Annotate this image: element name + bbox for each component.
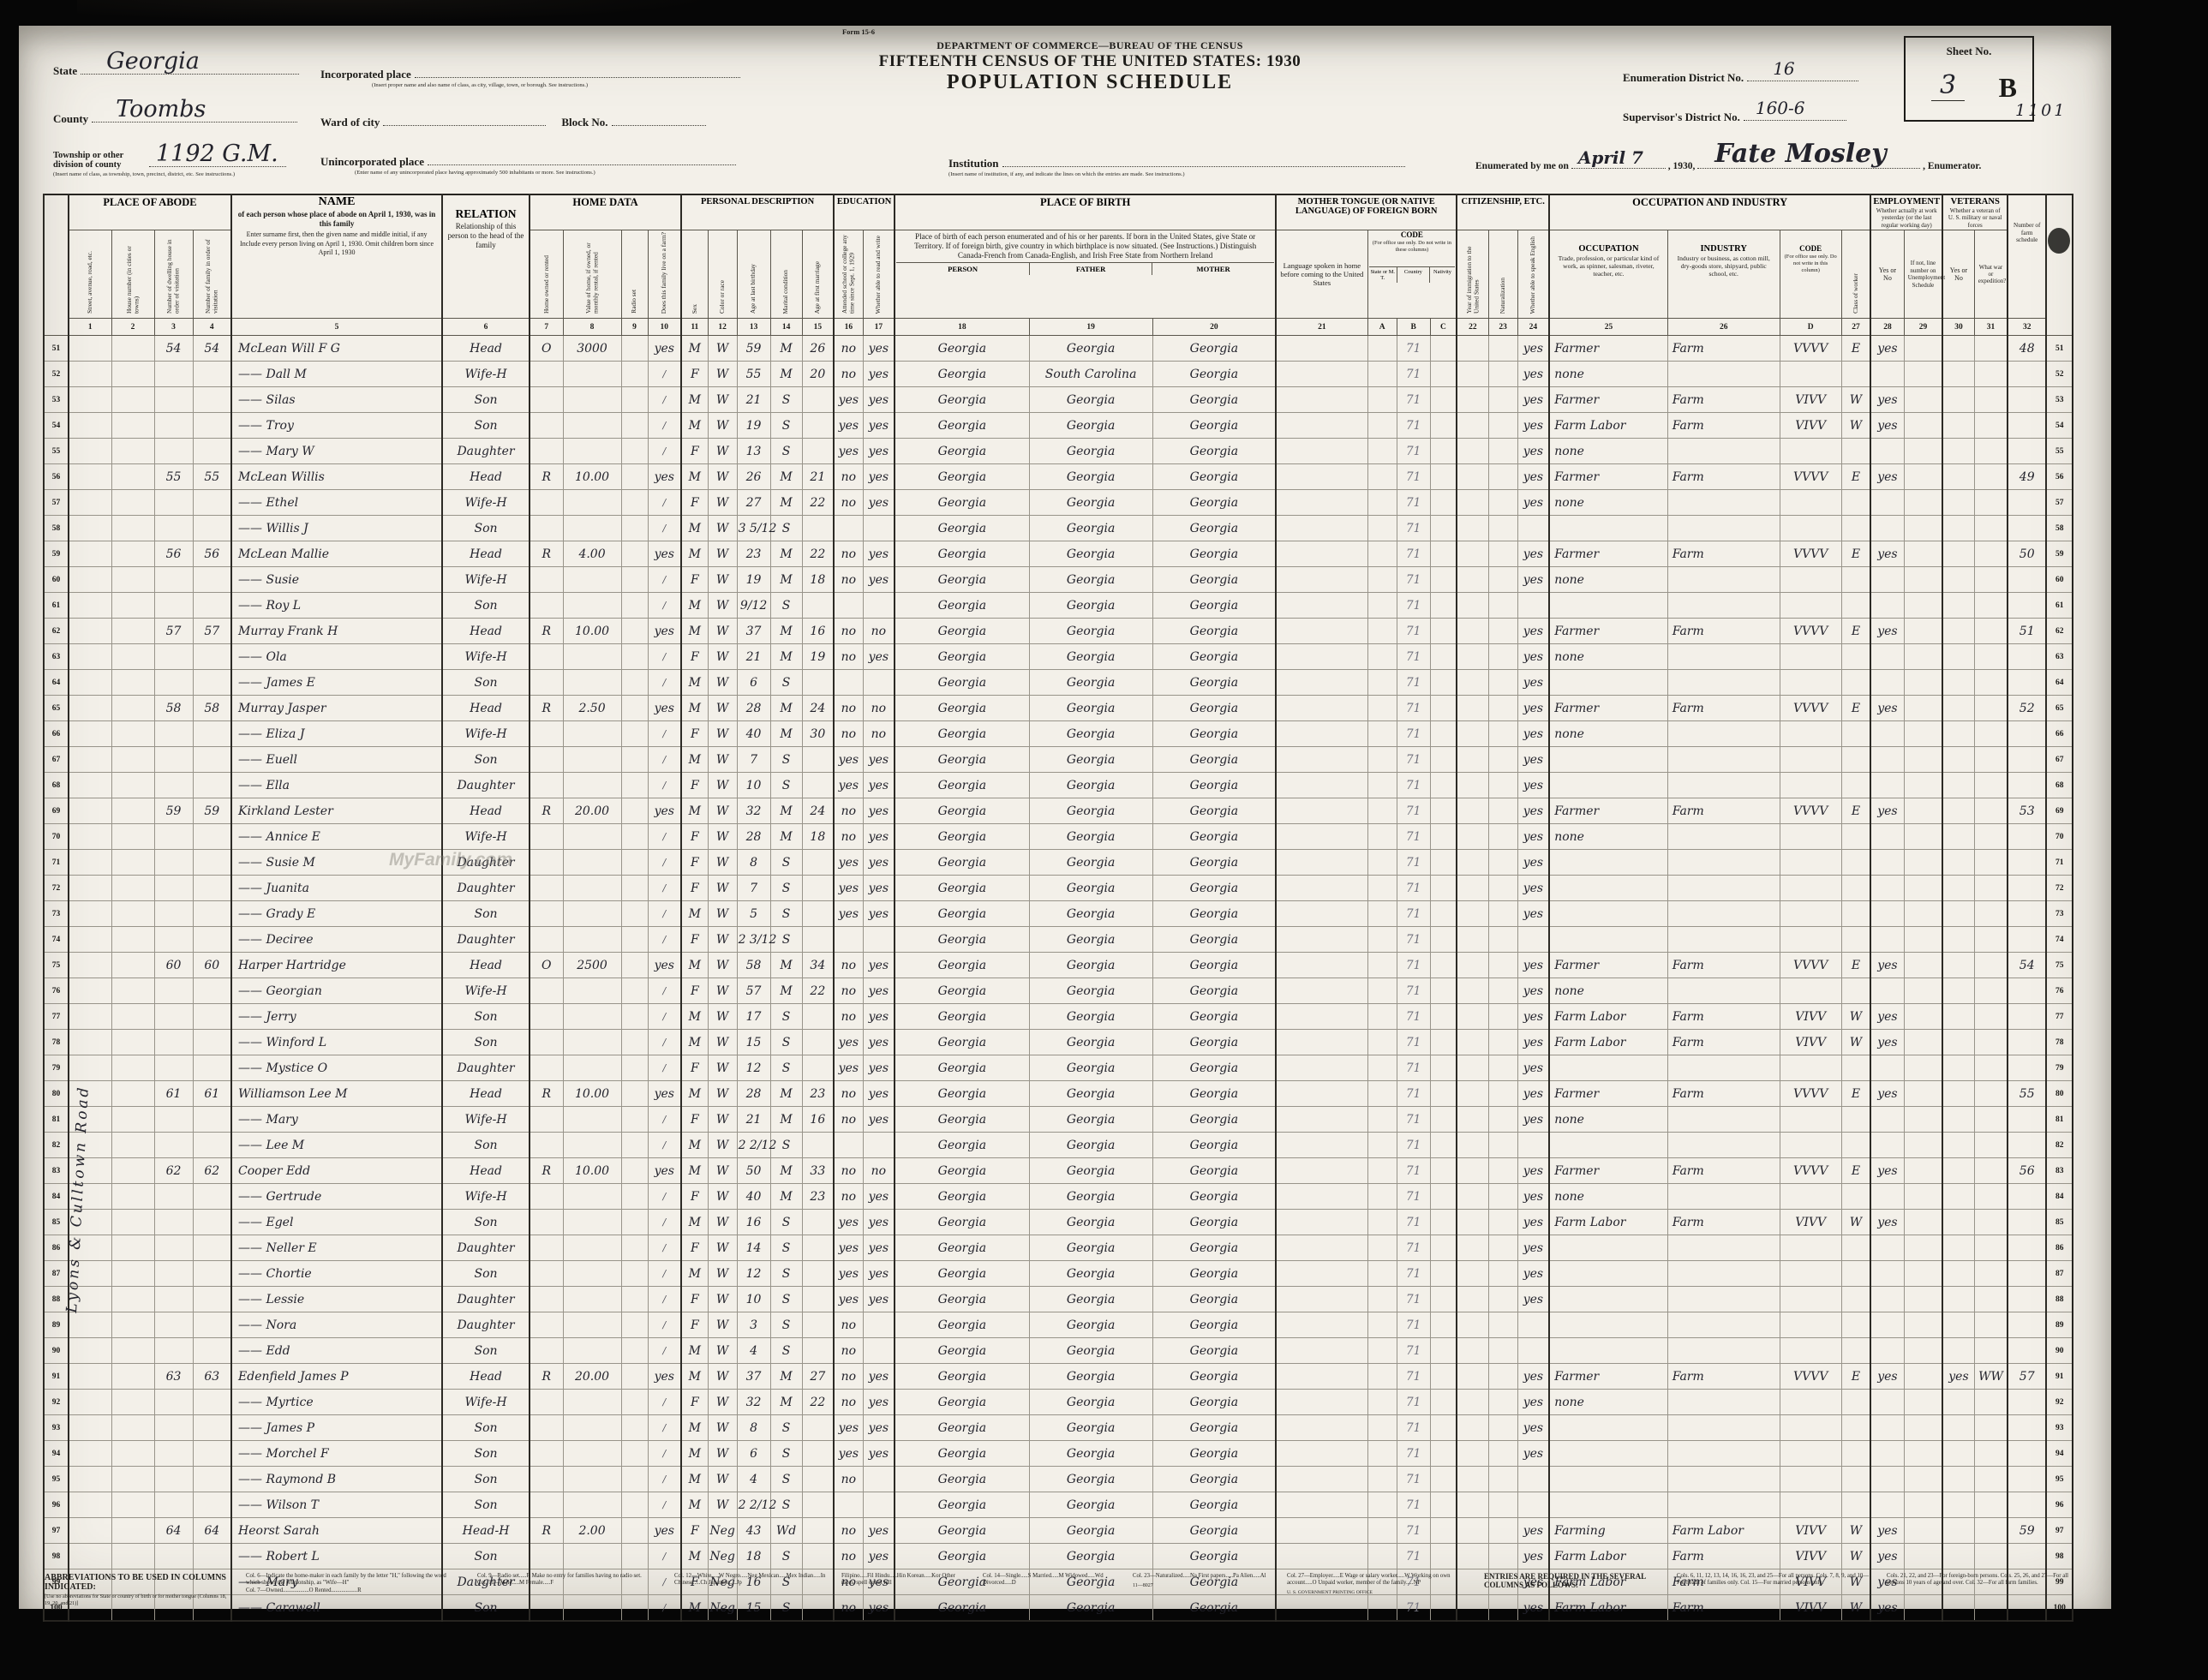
cell-pob-person: Georgia: [895, 773, 1029, 798]
cell-home-value: [563, 773, 621, 798]
cell-immigration-year: [1457, 876, 1488, 901]
cell-dwelling-number: [154, 1030, 193, 1055]
cell-pob-mother: Georgia: [1152, 541, 1276, 567]
cell-relation: Son: [442, 670, 530, 696]
cell-naturalization: [1488, 464, 1517, 490]
census-row: 86—— Neller EDaughter/FW14SyesyesGeorgia…: [44, 1235, 2073, 1261]
cell-name: —— Mystice O: [231, 1055, 442, 1081]
cell-code-c: [1430, 1261, 1457, 1287]
cell-read-write: yes: [863, 490, 895, 516]
cell-home-value: [563, 490, 621, 516]
cell-attended-school: no: [834, 824, 863, 850]
cell-unemployment-line: [1904, 1492, 1942, 1518]
cell-farm-residence: yes: [648, 336, 681, 362]
cell-at-work: [1870, 876, 1904, 901]
cell-occupation-code: [1780, 1261, 1841, 1287]
census-row: 98—— Robert LSon/MNeg18SnoyesGeorgiaGeor…: [44, 1544, 2073, 1569]
cell-color-race: W: [708, 824, 737, 850]
line-number-left: 72: [44, 876, 69, 901]
cell-family-number: [193, 850, 231, 876]
cell-family-number: [193, 490, 231, 516]
cell-pob-father: Georgia: [1029, 696, 1152, 721]
cell-color-race: W: [708, 901, 737, 927]
cell-dwelling-number: [154, 927, 193, 953]
cell-farm-schedule: [2008, 1415, 2046, 1441]
line-number-right: 75: [2046, 953, 2073, 978]
cell-occupation-code: [1780, 876, 1841, 901]
cell-color-race: W: [708, 978, 737, 1004]
cell-veteran: [1942, 619, 1974, 644]
cell-age: 58: [737, 953, 770, 978]
census-row: 79—— Mystice ODaughter/FW12SyesyesGeorgi…: [44, 1055, 2073, 1081]
cell-tenure: [530, 1133, 563, 1158]
cell-naturalization: [1488, 1004, 1517, 1030]
cell-name: —— Susie: [231, 567, 442, 593]
cell-radio: [621, 773, 648, 798]
cell-worker-class: E: [1841, 541, 1870, 567]
cell-code-a: [1367, 541, 1397, 567]
cell-at-work: yes: [1870, 696, 1904, 721]
cell-code-b: 71: [1397, 413, 1430, 439]
sheet-letter: B: [1999, 72, 2017, 104]
cell-tenure: [530, 1338, 563, 1364]
cell-radio: [621, 1338, 648, 1364]
line-number-right: 71: [2046, 850, 2073, 876]
title-block: DEPARTMENT OF COMMERCE—BUREAU OF THE CEN…: [756, 39, 1424, 94]
line-number-left: 53: [44, 387, 69, 413]
cell-radio: [621, 978, 648, 1004]
cell-code-b: 71: [1397, 721, 1430, 747]
line-number-left: 62: [44, 619, 69, 644]
cell-name: Williamson Lee M: [231, 1081, 442, 1107]
cell-tenure: [530, 1441, 563, 1467]
cell-industry: Farm: [1667, 413, 1780, 439]
cell-tenure: [530, 773, 563, 798]
cell-age-first-marriage: 26: [802, 336, 834, 362]
cell-veteran: [1942, 1004, 1974, 1030]
cell-worker-class: [1841, 927, 1870, 953]
cell-veteran: [1942, 541, 1974, 567]
cell-farm-schedule: 52: [2008, 696, 2046, 721]
cell-radio: [621, 490, 648, 516]
cell-name: —— Ola: [231, 644, 442, 670]
cell-pob-mother: Georgia: [1152, 387, 1276, 413]
cell-age-first-marriage: 19: [802, 644, 834, 670]
cell-home-value: 20.00: [563, 1364, 621, 1390]
cell-code-b: 71: [1397, 1441, 1430, 1467]
line-number-left: 74: [44, 927, 69, 953]
cell-read-write: yes: [863, 1004, 895, 1030]
line-number-left: 76: [44, 978, 69, 1004]
cell-naturalization: [1488, 1287, 1517, 1312]
cell-color-race: W: [708, 1158, 737, 1184]
cell-dwelling-number: 60: [154, 953, 193, 978]
cell-attended-school: no: [834, 1004, 863, 1030]
cell-relation: Head-H: [442, 1518, 530, 1544]
cell-war: [1974, 1390, 2008, 1415]
cell-pob-person: Georgia: [895, 464, 1029, 490]
cell-relation: Daughter: [442, 1055, 530, 1081]
column-number: 20: [1152, 319, 1276, 336]
col-mt-code-sub: CODE (For office use only. Do not write …: [1367, 230, 1457, 319]
cell-farm-residence: /: [648, 1261, 681, 1287]
cell-farm-schedule: [2008, 1338, 2046, 1364]
cell-immigration-year: [1457, 336, 1488, 362]
cell-sex: F: [681, 644, 708, 670]
cell-color-race: W: [708, 850, 737, 876]
cell-attended-school: no: [834, 1312, 863, 1338]
cell-tenure: R: [530, 619, 563, 644]
cell-code-c: [1430, 721, 1457, 747]
cell-war: [1974, 773, 2008, 798]
cell-speak-english: yes: [1517, 1107, 1549, 1133]
cell-attended-school: yes: [834, 439, 863, 464]
cell-speak-english: yes: [1517, 541, 1549, 567]
cell-color-race: W: [708, 619, 737, 644]
block-label: Block No.: [561, 116, 607, 129]
cell-dwelling-number: 55: [154, 464, 193, 490]
col-occupation: OCCUPATION Trade, profession, or particu…: [1549, 230, 1667, 319]
col-unemployment-line: If not, line number on Unemployment Sche…: [1904, 230, 1942, 319]
cell-worker-class: [1841, 516, 1870, 541]
cell-code-c: [1430, 1492, 1457, 1518]
cell-occupation-code: VIVV: [1780, 413, 1841, 439]
cell-home-value: [563, 1287, 621, 1312]
cell-read-write: yes: [863, 1441, 895, 1467]
cell-immigration-year: [1457, 1055, 1488, 1081]
cell-industry: [1667, 1390, 1780, 1415]
cell-speak-english: yes: [1517, 644, 1549, 670]
cell-veteran: [1942, 567, 1974, 593]
cell-age-first-marriage: [802, 901, 834, 927]
cell-tenure: [530, 1184, 563, 1210]
cell-age: 21: [737, 644, 770, 670]
cell-naturalization: [1488, 619, 1517, 644]
cell-radio: [621, 747, 648, 773]
footer-col12b: Filipino.....Fil Hindu.....Hin Korean...…: [841, 1573, 970, 1587]
cell-veteran: [1942, 721, 1974, 747]
cell-unemployment-line: [1904, 798, 1942, 824]
cell-code-c: [1430, 644, 1457, 670]
cell-age: 28: [737, 696, 770, 721]
cell-pob-father: Georgia: [1029, 1364, 1152, 1390]
cell-family-number: 62: [193, 1158, 231, 1184]
cell-naturalization: [1488, 696, 1517, 721]
cell-pob-mother: Georgia: [1152, 773, 1276, 798]
cell-tenure: R: [530, 1518, 563, 1544]
cell-name: —— Deciree: [231, 927, 442, 953]
cell-tenure: R: [530, 1158, 563, 1184]
cell-pob-father: Georgia: [1029, 670, 1152, 696]
cell-at-work: [1870, 362, 1904, 387]
cell-naturalization: [1488, 1210, 1517, 1235]
line-number-left: 98: [44, 1544, 69, 1569]
census-row: 66—— Eliza JWife-H/FW40M30nonoGeorgiaGeo…: [44, 721, 2073, 747]
cell-farm-schedule: [2008, 1261, 2046, 1287]
cell-pob-mother: Georgia: [1152, 644, 1276, 670]
cell-immigration-year: [1457, 413, 1488, 439]
cell-read-write: yes: [863, 798, 895, 824]
cell-street: [69, 593, 111, 619]
cell-naturalization: [1488, 1030, 1517, 1055]
cell-home-value: [563, 1210, 621, 1235]
cell-worker-class: [1841, 876, 1870, 901]
col-code-nativity: Nativity: [1429, 267, 1455, 283]
cell-home-value: [563, 1492, 621, 1518]
cell-at-work: [1870, 1133, 1904, 1158]
cell-pob-father: Georgia: [1029, 721, 1152, 747]
col-family-number: Number of family in order of visitation: [193, 230, 231, 319]
cell-occupation-code: [1780, 747, 1841, 773]
column-number: 26: [1667, 319, 1780, 336]
cell-speak-english: yes: [1517, 1518, 1549, 1544]
line-number-right: 64: [2046, 670, 2073, 696]
cell-unemployment-line: [1904, 1158, 1942, 1184]
cell-code-a: [1367, 927, 1397, 953]
cell-radio: [621, 1364, 648, 1390]
cell-language: [1276, 541, 1367, 567]
cell-house-number: [111, 362, 154, 387]
cell-speak-english: yes: [1517, 901, 1549, 927]
cell-pob-person: Georgia: [895, 1338, 1029, 1364]
cell-pob-mother: Georgia: [1152, 953, 1276, 978]
cell-house-number: [111, 1544, 154, 1569]
cell-street: [69, 362, 111, 387]
cell-speak-english: yes: [1517, 1287, 1549, 1312]
cell-read-write: yes: [863, 336, 895, 362]
cell-relation: Head: [442, 1158, 530, 1184]
cell-street: [69, 1030, 111, 1055]
cell-attended-school: no: [834, 1107, 863, 1133]
incorporated-place-note: (Insert proper name and also name of cla…: [372, 82, 740, 89]
cell-age-first-marriage: [802, 1030, 834, 1055]
cell-sex: M: [681, 1415, 708, 1441]
cell-sex: M: [681, 798, 708, 824]
census-row: 53—— SilasSon/MW21SyesyesGeorgiaGeorgiaG…: [44, 387, 2073, 413]
cell-pob-person: Georgia: [895, 362, 1029, 387]
cell-family-number: 55: [193, 464, 231, 490]
line-number-left: 69: [44, 798, 69, 824]
cell-occupation: none: [1549, 721, 1667, 747]
census-row: 58—— Willis JSon/MW3 5/12SGeorgiaGeorgia…: [44, 516, 2073, 541]
cell-occupation: Farm Labor: [1549, 1544, 1667, 1569]
cell-age-first-marriage: [802, 1287, 834, 1312]
cell-occupation-code: VIVV: [1780, 1518, 1841, 1544]
cell-code-b: 71: [1397, 1415, 1430, 1441]
cell-read-write: yes: [863, 644, 895, 670]
cell-tenure: [530, 747, 563, 773]
cell-color-race: W: [708, 876, 737, 901]
cell-attended-school: no: [834, 1518, 863, 1544]
cell-speak-english: yes: [1517, 824, 1549, 850]
cell-home-value: [563, 1107, 621, 1133]
cell-color-race: W: [708, 1441, 737, 1467]
cell-industry: Farm: [1667, 1364, 1780, 1390]
cell-sex: F: [681, 490, 708, 516]
cell-pob-mother: Georgia: [1152, 876, 1276, 901]
cell-pob-father: Georgia: [1029, 336, 1152, 362]
col-immigration-year: Year of immigration to the United States: [1457, 230, 1488, 319]
cell-war: [1974, 798, 2008, 824]
cell-unemployment-line: [1904, 413, 1942, 439]
cell-war: [1974, 1004, 2008, 1030]
column-number: C: [1430, 319, 1457, 336]
cell-sex: M: [681, 1030, 708, 1055]
cell-age-first-marriage: [802, 1467, 834, 1492]
cell-sex: F: [681, 1184, 708, 1210]
cell-street: [69, 696, 111, 721]
cell-unemployment-line: [1904, 1467, 1942, 1492]
cell-name: —— James E: [231, 670, 442, 696]
cell-age-first-marriage: [802, 593, 834, 619]
cell-naturalization: [1488, 387, 1517, 413]
unincorporated-place-note: (Enter name of any unincorporated place …: [355, 170, 736, 176]
cell-name: —— Ella: [231, 773, 442, 798]
cell-pob-father: Georgia: [1029, 1415, 1152, 1441]
cell-relation: Head: [442, 464, 530, 490]
cell-language: [1276, 1390, 1367, 1415]
group-occupation-industry: OCCUPATION AND INDUSTRY: [1549, 194, 1870, 230]
cell-code-a: [1367, 850, 1397, 876]
cell-veteran: [1942, 413, 1974, 439]
incorporated-place-label: Incorporated place: [320, 68, 411, 81]
cell-attended-school: no: [834, 1338, 863, 1364]
cell-code-a: [1367, 336, 1397, 362]
cell-tenure: [530, 1467, 563, 1492]
cell-naturalization: [1488, 1364, 1517, 1390]
line-number-right: 89: [2046, 1312, 2073, 1338]
line-number-right: 72: [2046, 876, 2073, 901]
cell-house-number: [111, 927, 154, 953]
cell-family-number: 61: [193, 1081, 231, 1107]
cell-code-c: [1430, 1235, 1457, 1261]
cell-marital: S: [770, 387, 802, 413]
cell-home-value: [563, 1467, 621, 1492]
cell-home-value: [563, 850, 621, 876]
column-number: B: [1397, 319, 1430, 336]
cell-dwelling-number: [154, 362, 193, 387]
cell-war: [1974, 362, 2008, 387]
cell-farm-residence: /: [648, 1467, 681, 1492]
cell-dwelling-number: [154, 1467, 193, 1492]
cell-language: [1276, 1030, 1367, 1055]
cell-dwelling-number: [154, 876, 193, 901]
cell-marital: M: [770, 619, 802, 644]
cell-dwelling-number: [154, 413, 193, 439]
cell-language: [1276, 1107, 1367, 1133]
cell-industry: Farm: [1667, 696, 1780, 721]
line-number-right: 91: [2046, 1364, 2073, 1390]
line-number-right: 73: [2046, 901, 2073, 927]
cell-tenure: [530, 824, 563, 850]
cell-code-b: 71: [1397, 876, 1430, 901]
cell-sex: M: [681, 1158, 708, 1184]
cell-farm-residence: /: [648, 1390, 681, 1415]
cell-dwelling-number: [154, 439, 193, 464]
line-number-right: 85: [2046, 1210, 2073, 1235]
cell-marital: M: [770, 798, 802, 824]
cell-unemployment-line: [1904, 516, 1942, 541]
cell-sex: F: [681, 362, 708, 387]
cell-marital: M: [770, 1364, 802, 1390]
census-row: 836262Cooper EddHeadR10.00yesMW50M33nono…: [44, 1158, 2073, 1184]
cell-house-number: [111, 1492, 154, 1518]
cell-pob-father: Georgia: [1029, 593, 1152, 619]
cell-house-number: [111, 1415, 154, 1441]
cell-tenure: [530, 593, 563, 619]
cell-occupation-code: VVVV: [1780, 1158, 1841, 1184]
cell-veteran: [1942, 901, 1974, 927]
cell-relation: Wife-H: [442, 644, 530, 670]
cell-language: [1276, 773, 1367, 798]
cell-age: 9/12: [737, 593, 770, 619]
cell-farm-schedule: [2008, 1055, 2046, 1081]
line-number-right: 59: [2046, 541, 2073, 567]
cell-code-b: 71: [1397, 439, 1430, 464]
cell-name: Kirkland Lester: [231, 798, 442, 824]
cell-marital: S: [770, 413, 802, 439]
cell-language: [1276, 850, 1367, 876]
cell-relation: Daughter: [442, 1235, 530, 1261]
cell-worker-class: E: [1841, 1081, 1870, 1107]
cell-read-write: yes: [863, 413, 895, 439]
cell-farm-schedule: [2008, 747, 2046, 773]
cell-code-a: [1367, 1184, 1397, 1210]
cell-code-a: [1367, 1107, 1397, 1133]
cell-pob-mother: Georgia: [1152, 1338, 1276, 1364]
cell-code-b: 71: [1397, 1081, 1430, 1107]
column-number: 30: [1942, 319, 1974, 336]
cell-pob-mother: Georgia: [1152, 439, 1276, 464]
cell-street: [69, 413, 111, 439]
cell-color-race: W: [708, 413, 737, 439]
cell-code-b: 71: [1397, 1312, 1430, 1338]
cell-immigration-year: [1457, 901, 1488, 927]
cell-age-first-marriage: 30: [802, 721, 834, 747]
cell-language: [1276, 1055, 1367, 1081]
cell-occupation: [1549, 747, 1667, 773]
col-read-write: Whether able to read and write: [863, 230, 895, 319]
cell-name: McLean Will F G: [231, 336, 442, 362]
col-at-work: Yes or No: [1870, 230, 1904, 319]
cell-home-value: 20.00: [563, 798, 621, 824]
cell-read-write: no: [863, 696, 895, 721]
cell-tenure: O: [530, 953, 563, 978]
cell-code-b: 71: [1397, 1210, 1430, 1235]
cell-family-number: [193, 876, 231, 901]
cell-speak-english: yes: [1517, 413, 1549, 439]
cell-color-race: W: [708, 1210, 737, 1235]
column-number: 19: [1029, 319, 1152, 336]
cell-veteran: [1942, 1441, 1974, 1467]
cell-sex: M: [681, 1364, 708, 1390]
cell-war: [1974, 1544, 2008, 1569]
cell-relation: Wife-H: [442, 1390, 530, 1415]
line-number-left: 80: [44, 1081, 69, 1107]
cell-industry: [1667, 1441, 1780, 1467]
cell-industry: [1667, 644, 1780, 670]
cell-veteran: [1942, 1518, 1974, 1544]
cell-naturalization: [1488, 1492, 1517, 1518]
cell-unemployment-line: [1904, 747, 1942, 773]
cell-pob-father: Georgia: [1029, 978, 1152, 1004]
line-number-left: 95: [44, 1467, 69, 1492]
census-row: 565555McLean WillisHeadR10.00yesMW26M21n…: [44, 464, 2073, 490]
cell-unemployment-line: [1904, 1055, 1942, 1081]
cell-name: —— Lessie: [231, 1287, 442, 1312]
cell-occupation-code: VVVV: [1780, 464, 1841, 490]
cell-pob-mother: Georgia: [1152, 1467, 1276, 1492]
